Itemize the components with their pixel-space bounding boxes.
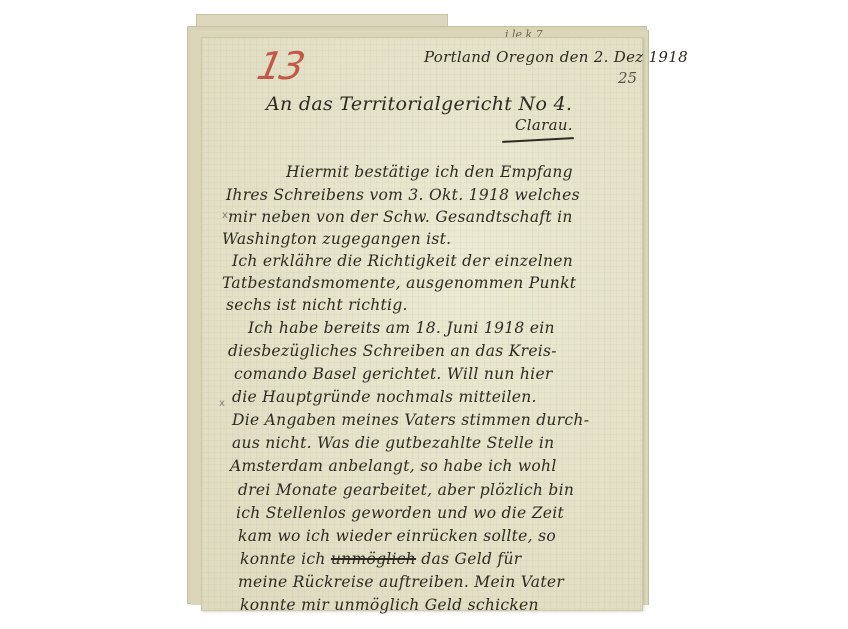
body-line: aus nicht. Was die gutbezahlte Stelle in — [232, 434, 554, 452]
body-line: die Hauptgründe nochmals mitteilen. — [232, 388, 537, 406]
body-line: sechs ist nicht richtig. — [226, 296, 408, 314]
body-line-rest: das Geld für — [416, 550, 521, 568]
body-line: ich Stellenlos geworden und wo die Zeit — [236, 504, 564, 522]
body-line: mir neben von der Schw. Gesandtschaft in — [228, 208, 573, 226]
folio-number: 25 — [618, 69, 637, 87]
body-line: Die Angaben meines Vaters stimmen durch- — [232, 411, 589, 429]
body-line: Ihres Schreibens vom 3. Okt. 1918 welche… — [226, 186, 580, 204]
body-line: Hiermit bestätige ich den Empfang — [286, 163, 573, 181]
struck-word: unmöglich — [331, 550, 416, 568]
body-line: Ich erklähre die Richtigkeit der einzeln… — [232, 252, 573, 270]
body-line: Washington zugegangen ist. — [222, 230, 451, 248]
addressee-place: Clarau. — [515, 116, 573, 134]
body-line: Tatbestandsmomente, ausgenommen Punkt — [222, 274, 576, 292]
body-line: konnte mir unmöglich Geld schicken — [240, 596, 539, 614]
body-line: drei Monate gearbeitet, aber plözlich bi… — [238, 481, 574, 499]
margin-mark: x — [219, 398, 225, 409]
body-line: comando Basel gerichtet. Will nun hier — [234, 365, 553, 383]
body-line: kam wo ich wieder einrücken sollte, so — [238, 527, 556, 545]
body-line-start: konnte ich — [240, 550, 326, 568]
body-line: diesbezügliches Schreiben an das Kreis- — [228, 342, 557, 360]
red-page-number: 13 — [253, 44, 307, 88]
place-and-date: Portland Oregon den 2. Dez 1918 — [424, 48, 688, 66]
margin-mark: x — [222, 210, 228, 221]
body-line-with-strikeout: konnte ich unmöglich das Geld für — [240, 550, 521, 568]
body-line: Ich habe bereits am 18. Juni 1918 ein — [248, 319, 555, 337]
body-line: Amsterdam anbelangt, so habe ich wohl — [230, 457, 557, 475]
body-line: meine Rückreise auftreiben. Mein Vater — [238, 573, 564, 591]
addressee-line: An das Territorialgericht No 4. — [266, 93, 572, 115]
